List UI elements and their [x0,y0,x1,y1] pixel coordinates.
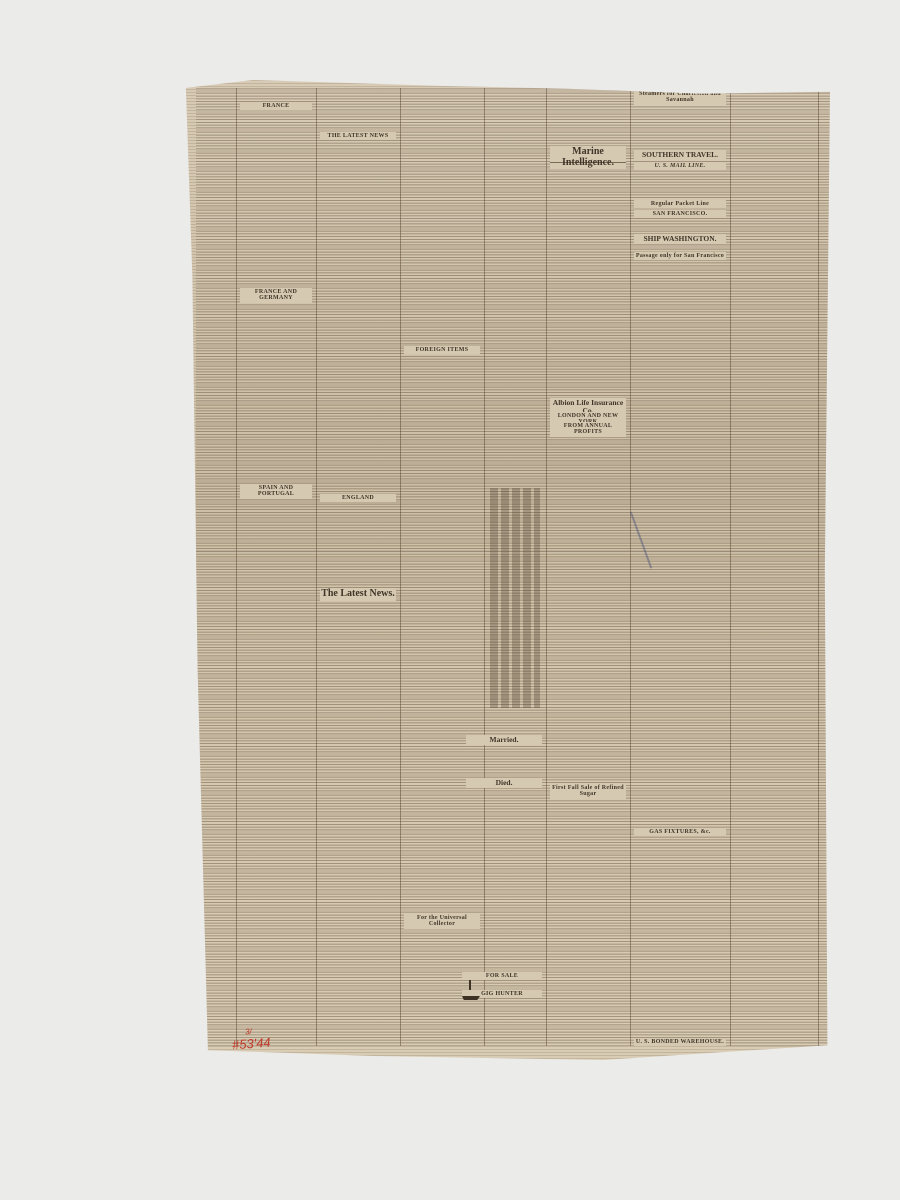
heading-refined-sugar: First Fall Sale of Refined Sugar [550,784,626,799]
column-3: THE LATEST NEWS ENGLAND The Latest News. [316,88,401,1046]
heading-latest-col: THE LATEST NEWS [320,132,396,140]
scan-background: FRANCE FRANCE AND GERMANY SPAIN AND PORT… [0,0,900,1200]
heading-foreign-items: FOREIGN ITEMS [404,346,480,354]
heading-universal-collector: For the Universal Collector [404,914,480,929]
heading-steamers: Steamers for Charleston and Savannah [634,90,726,105]
divider [550,162,626,163]
heading-france: FRANCE [240,102,312,110]
ship-icon-mast [469,980,471,990]
heading-southern-travel: SOUTHERN TRAVEL. [634,150,726,160]
heading-gas-fixtures: GAS FIXTURES, &c. [634,828,726,836]
newspaper-page: FRANCE FRANCE AND GERMANY SPAIN AND PORT… [182,80,830,1060]
column-2: FRANCE FRANCE AND GERMANY SPAIN AND PORT… [236,88,317,1046]
column-1 [196,88,237,1046]
heading-us-mail-line: U. S. MAIL LINE. [634,162,726,170]
heading-spain-portugal: SPAIN AND PORTUGAL [240,484,312,499]
catalog-prefix: 3/ [245,1027,252,1036]
shipping-table [490,488,540,708]
heading-packet-line: Regular Packet Line [634,200,726,208]
heading-marine-intelligence: Marine Intelligence. [550,146,626,169]
column-4: FOREIGN ITEMS For the Universal Collecto… [400,88,485,1046]
column-8 [730,88,819,1046]
column-6: Marine Intelligence. Albion Life Insuran… [546,88,631,1046]
column-7: Steamers for Charleston and Savannah SOU… [630,88,731,1046]
column-5 [484,88,547,1046]
heading-san-francisco: SAN FRANCISCO. [634,210,726,218]
heading-france-germany: FRANCE AND GERMANY [240,288,312,303]
text-passage-san-francisco: Passage only for San Francisco [634,252,726,260]
heading-married: Married. [466,735,542,745]
heading-latest-news: The Latest News. [320,588,396,601]
subheading-annual-profits: FROM ANNUAL PROFITS [550,422,626,437]
heading-died: Died. [466,778,542,788]
catalog-number-text: #53'44 [232,1035,272,1053]
heading-ship-washington: SHIP WASHINGTON. [634,234,726,244]
catalog-number: 3/ #53'44 [232,1035,272,1053]
heading-bonded-warehouse: U. S. BONDED WAREHOUSE. [634,1038,726,1046]
column-edge [818,88,830,1046]
fold-crease [182,550,830,554]
heading-for-sale: FOR SALE [462,972,542,980]
heading-england: ENGLAND [320,494,396,502]
